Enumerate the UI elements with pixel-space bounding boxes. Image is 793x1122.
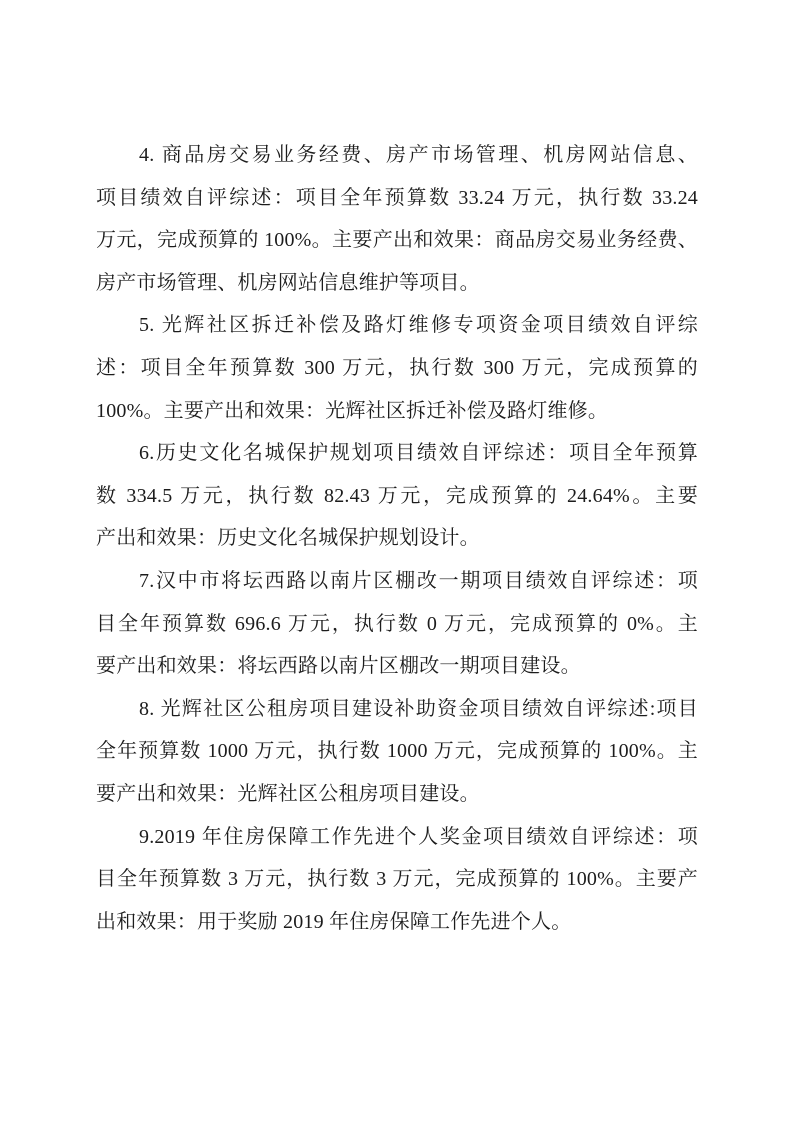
text-line: 8. 光辉社区公租房项目建设补助资金项目绩效自评综述:项目 bbox=[96, 688, 698, 731]
paragraph-item-9: 9.2019 年住房保障工作先进个人奖金项目绩效自评综述：项目全年预算数 3 万… bbox=[96, 816, 698, 944]
paragraph-item-7: 7.汉中市将坛西路以南片区棚改一期项目绩效自评综述：项目全年预算数 696.6 … bbox=[96, 560, 698, 688]
paragraph-item-8: 8. 光辉社区公租房项目建设补助资金项目绩效自评综述:项目全年预算数 1000 … bbox=[96, 688, 698, 816]
text-line: 5. 光辉社区拆迁补偿及路灯维修专项资金项目绩效自评综 bbox=[96, 304, 698, 347]
text-line: 产出和效果：历史文化名城保护规划设计。 bbox=[96, 517, 698, 560]
document-body: 4. 商品房交易业务经费、房产市场管理、机房网站信息、项目绩效自评综述：项目全年… bbox=[96, 134, 698, 943]
text-line: 述：项目全年预算数 300 万元，执行数 300 万元，完成预算的 bbox=[96, 347, 698, 390]
text-line: 7.汉中市将坛西路以南片区棚改一期项目绩效自评综述：项 bbox=[96, 560, 698, 603]
text-line: 全年预算数 1000 万元，执行数 1000 万元，完成预算的 100%。主 bbox=[96, 730, 698, 773]
paragraph-item-6: 6.历史文化名城保护规划项目绩效自评综述：项目全年预算数 334.5 万元，执行… bbox=[96, 432, 698, 560]
text-line: 出和效果：用于奖励 2019 年住房保障工作先进个人。 bbox=[96, 901, 698, 944]
text-line: 房产市场管理、机房网站信息维护等项目。 bbox=[96, 262, 698, 305]
document-page: 4. 商品房交易业务经费、房产市场管理、机房网站信息、项目绩效自评综述：项目全年… bbox=[0, 0, 793, 1122]
text-line: 4. 商品房交易业务经费、房产市场管理、机房网站信息、 bbox=[96, 134, 698, 177]
text-line: 9.2019 年住房保障工作先进个人奖金项目绩效自评综述：项 bbox=[96, 816, 698, 859]
text-line: 要产出和效果：将坛西路以南片区棚改一期项目建设。 bbox=[96, 645, 698, 688]
paragraph-item-5: 5. 光辉社区拆迁补偿及路灯维修专项资金项目绩效自评综述：项目全年预算数 300… bbox=[96, 304, 698, 432]
text-line: 要产出和效果：光辉社区公租房项目建设。 bbox=[96, 773, 698, 816]
text-line: 目全年预算数 696.6 万元，执行数 0 万元，完成预算的 0%。主 bbox=[96, 603, 698, 646]
text-line: 6.历史文化名城保护规划项目绩效自评综述：项目全年预算 bbox=[96, 432, 698, 475]
text-line: 100%。主要产出和效果：光辉社区拆迁补偿及路灯维修。 bbox=[96, 390, 698, 433]
paragraph-item-4: 4. 商品房交易业务经费、房产市场管理、机房网站信息、项目绩效自评综述：项目全年… bbox=[96, 134, 698, 304]
text-line: 目全年预算数 3 万元，执行数 3 万元，完成预算的 100%。主要产 bbox=[96, 858, 698, 901]
text-line: 数 334.5 万元，执行数 82.43 万元，完成预算的 24.64%。主要 bbox=[96, 475, 698, 518]
text-line: 万元，完成预算的 100%。主要产出和效果：商品房交易业务经费、 bbox=[96, 219, 698, 262]
text-line: 项目绩效自评综述：项目全年预算数 33.24 万元，执行数 33.24 bbox=[96, 177, 698, 220]
